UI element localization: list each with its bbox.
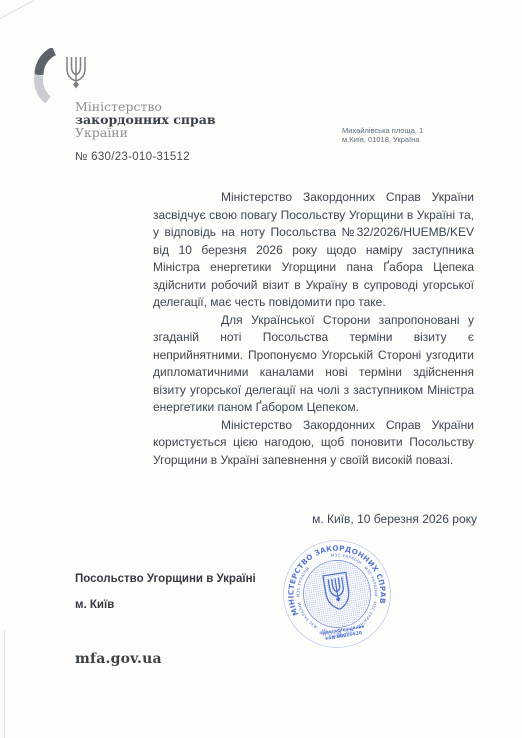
ministry-name: Міністерство закордонних справ України — [75, 100, 216, 139]
recipient-city: м. Київ — [75, 599, 256, 611]
ministry-address: Михайлівська площа, 1 м.Київ, 01018, Укр… — [342, 126, 423, 144]
scanned-letter-page: Міністерство закордонних справ України №… — [0, 0, 522, 738]
paragraph-1: Міністерство Закордонних Справ України з… — [153, 189, 474, 312]
date-line: м. Київ, 10 березня 2026 року — [153, 512, 477, 526]
trident-icon — [67, 57, 85, 89]
round-stamp: МІНІСТЕРСТВО ЗАКОРДОННИХ СПРАВ УКРАЇНИ М… — [274, 531, 400, 657]
paragraph-3: Міністерство Закордонних Справ України к… — [153, 417, 474, 470]
reference-number: № 630/23-010-31512 — [75, 151, 190, 163]
scan-edge-artifact — [4, 630, 5, 738]
recipient-block: Посольство Угорщини в Україні м. Київ — [75, 573, 256, 611]
note-body: Міністерство Закордонних Справ України з… — [153, 189, 474, 469]
crescent-icon — [39, 51, 54, 100]
scan-corner-artifact — [0, 0, 34, 21]
paragraph-2: Для Української Сторони запропоновані у … — [153, 312, 474, 417]
ministry-line3: України — [75, 126, 216, 139]
address-line1: Михайлівська площа, 1 — [342, 126, 423, 135]
mfa-website: mfa.gov.ua — [75, 651, 162, 667]
address-line2: м.Київ, 01018, Україна — [342, 135, 423, 144]
recipient-name: Посольство Угорщини в Україні — [75, 573, 256, 585]
